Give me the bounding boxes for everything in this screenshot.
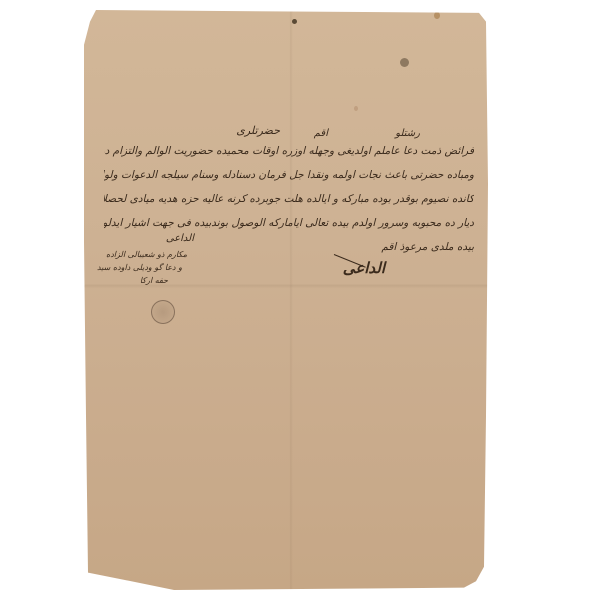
body-line: دیار ده محبوبه وسرور اولدم بیده تعالی ای… bbox=[104, 217, 474, 229]
stain-spot bbox=[354, 106, 358, 111]
header-word-right: رشتلو bbox=[395, 128, 420, 139]
signature: الداعی bbox=[343, 259, 385, 277]
stain-spot bbox=[434, 12, 440, 19]
header-word-middle: اقم bbox=[314, 128, 328, 139]
ink-seal-icon bbox=[151, 300, 175, 324]
body-line: فرائض ذمت دعا عاملم اولدیغی وجهله اوزره … bbox=[104, 145, 474, 157]
margin-note-line: و دعا گو ودیلی داوده سید bbox=[97, 263, 182, 272]
margin-note-heading: الداعی bbox=[166, 233, 194, 244]
stain-spot bbox=[400, 58, 409, 67]
document-paper: رشتلو اقم حضرتلری فرائض ذمت دعا عاملم او… bbox=[84, 10, 500, 590]
header-word-left: حضرتلری bbox=[236, 124, 280, 137]
body-line: کانده نصیوم بوقدر بوده مبارکه و ایالده ه… bbox=[104, 193, 474, 205]
ink-spot bbox=[292, 19, 297, 24]
margin-note-line: مکارم ذو شعیبالی الزاده bbox=[106, 250, 187, 259]
margin-note-line: حفه ارکا bbox=[140, 276, 168, 285]
body-line: ومباده حضرتی باعث نجات اولمه ونقدا جل فر… bbox=[104, 169, 474, 181]
